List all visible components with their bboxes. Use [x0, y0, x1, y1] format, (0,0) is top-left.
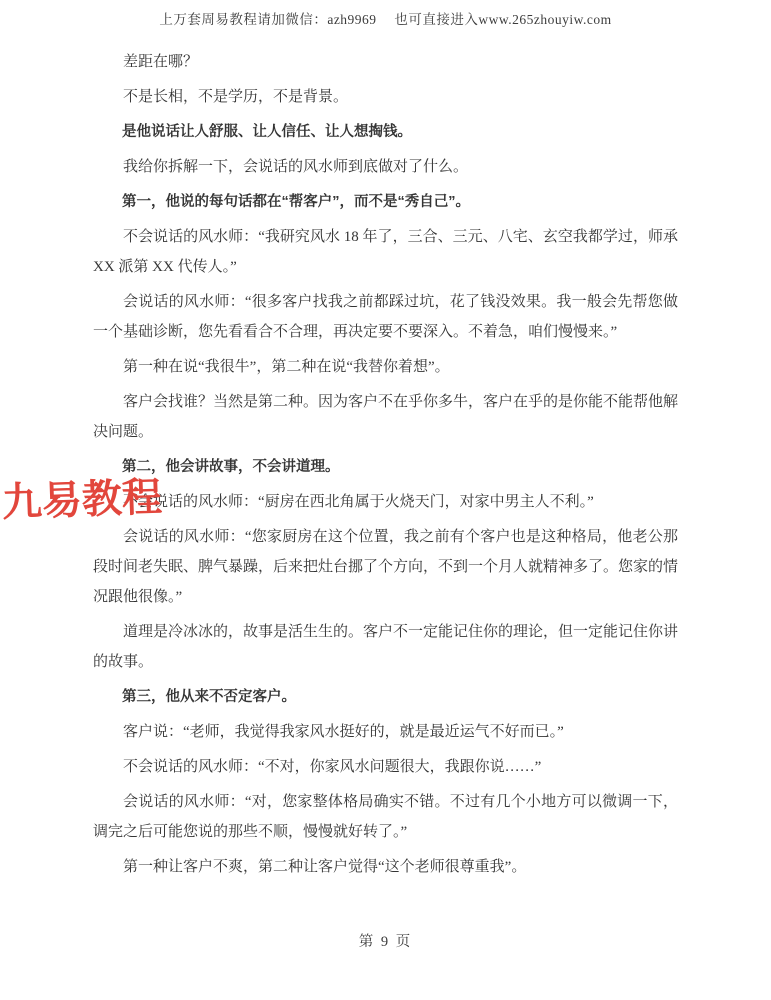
page-number: 第 9 页 [0, 930, 771, 951]
promo-header: 上万套周易教程请加微信：azh9969 也可直接进入www.265zhouyiw… [0, 8, 771, 28]
paragraph: 不会说话的风水师：“厨房在西北角属于火烧天门，对家中男主人不利。” [93, 487, 678, 517]
paragraph-bold: 是他说话让人舒服、让人信任、让人想掏钱。 [93, 117, 678, 147]
document-body: 差距在哪？ 不是长相，不是学历，不是背景。 是他说话让人舒服、让人信任、让人想掏… [93, 47, 678, 887]
paragraph: 道理是冷冰冰的，故事是活生生的。客户不一定能记住你的理论，但一定能记住你讲的故事… [93, 617, 678, 677]
paragraph: 客户说：“老师，我觉得我家风水挺好的，就是最近运气不好而已。” [93, 717, 678, 747]
section-heading-1: 第一，他说的每句话都在“帮客户”，而不是“秀自己”。 [93, 187, 678, 217]
section-heading-3: 第三，他从来不否定客户。 [93, 682, 678, 712]
document-page: 上万套周易教程请加微信：azh9969 也可直接进入www.265zhouyiw… [0, 0, 771, 1000]
paragraph: 会说话的风水师：“很多客户找我之前都踩过坑，花了钱没效果。我一般会先帮您做一个基… [93, 287, 678, 347]
paragraph: 不会说话的风水师：“我研究风水 18 年了，三合、三元、八宅、玄空我都学过，师承… [93, 222, 678, 282]
paragraph: 会说话的风水师：“您家厨房在这个位置，我之前有个客户也是这种格局，他老公那段时间… [93, 522, 678, 612]
paragraph: 不会说话的风水师：“不对，你家风水问题很大，我跟你说……” [93, 752, 678, 782]
paragraph: 第一种让客户不爽，第二种让客户觉得“这个老师很尊重我”。 [93, 852, 678, 882]
paragraph: 不是长相，不是学历，不是背景。 [93, 82, 678, 112]
section-heading-2: 第二，他会讲故事，不会讲道理。 [93, 452, 678, 482]
paragraph: 第一种在说“我很牛”，第二种在说“我替你着想”。 [93, 352, 678, 382]
paragraph: 会说话的风水师：“对，您家整体格局确实不错。不过有几个小地方可以微调一下，调完之… [93, 787, 678, 847]
watermark-logo: 九易教程 [1, 475, 162, 525]
paragraph: 客户会找谁？当然是第二种。因为客户不在乎你多牛，客户在乎的是你能不能帮他解决问题… [93, 387, 678, 447]
paragraph: 差距在哪？ [93, 47, 678, 77]
paragraph: 我给你拆解一下，会说话的风水师到底做对了什么。 [93, 152, 678, 182]
